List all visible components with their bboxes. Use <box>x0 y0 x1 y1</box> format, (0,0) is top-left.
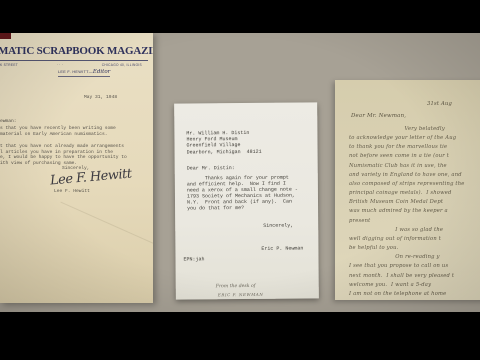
letter-line: material on Early American numismatics. <box>0 132 116 138</box>
video-frame: MATIC SCRAPBOOK MAGAZINE K STREET · · · … <box>0 0 480 360</box>
letter-line: next month. I shall be very pleased t <box>349 272 465 281</box>
letterhead-address: K STREET · · · CHICAGO 40, ILLINOIS <box>0 63 142 67</box>
letterhead-editor-name: LEE F. HEWITT <box>58 70 89 74</box>
letter-line: Very belatedly <box>349 125 465 134</box>
letter-line: I am not on the telephone at home <box>349 290 465 299</box>
letter-line: well digging out of information t <box>349 235 465 244</box>
newman-salutation: Dear Mr. Distin: <box>187 165 235 171</box>
letterhead-editor-underline <box>58 76 110 77</box>
letterhead-address-right: CHICAGO 40, ILLINOIS <box>102 63 142 67</box>
letter-line: British Museum Coin Medal Dept <box>349 198 465 207</box>
letterbox-top <box>0 0 480 33</box>
letter-line: Dearborn, Michigan 48121 <box>187 148 262 155</box>
letter-line: was much admired by the keeper a <box>349 207 465 216</box>
letter-line: not before seen come in a tie (our t <box>349 152 465 161</box>
letter-line: to thank you for the marvellous tie <box>349 143 465 152</box>
letter-newman: Mr. William H. DistinHenry Ford MuseumGr… <box>174 102 319 299</box>
letter-line: On re-reading y <box>349 253 465 262</box>
letter-line: t that you have not already made arrange… <box>0 144 127 150</box>
hewitt-signature-typed: Lee F. Hewitt <box>54 189 90 194</box>
letter-line: welcome you. I want a 5-day <box>349 281 465 290</box>
letter-line: I was so glad the <box>349 226 465 235</box>
letterhead-editor-line: LEE F. HEWITT—Editor <box>58 69 110 75</box>
newman-body: Thanks again for your promptand efficien… <box>187 175 298 213</box>
letterhead-editor-title: Editor <box>93 69 110 75</box>
letter-line: s that you have recently been writing so… <box>0 126 116 132</box>
newman-footer-desk-line: From the desk of <box>216 284 256 289</box>
letter-line: and variety in England to have one, and <box>349 171 465 180</box>
letter-line: also composed of strips representing the <box>349 180 465 189</box>
handwritten-date: 31st Aug <box>427 101 452 107</box>
newman-signature-typed: Eric P. Newman <box>261 246 303 252</box>
hewitt-salutation: ewman: <box>0 119 17 124</box>
handwritten-salutation: Dear Mr. Newman, <box>351 113 406 119</box>
letter-line: principal coinage metals). I showed <box>349 189 465 198</box>
letter-hewitt: MATIC SCRAPBOOK MAGAZINE K STREET · · · … <box>0 33 153 303</box>
letterhead-red-mark <box>0 33 11 39</box>
letterhead-rule <box>0 60 148 61</box>
hewitt-paragraph-2: t that you have not already made arrange… <box>0 144 127 166</box>
newman-footer-name: ERIC P. NEWMAN <box>218 292 264 297</box>
handwritten-body: Very belatedlyto acknowledge your letter… <box>349 125 465 299</box>
letterbox-bottom <box>0 312 480 360</box>
letter-line: to acknowledge your letter of the Aug <box>349 134 465 143</box>
hewitt-paragraph-1: s that you have recently been writing so… <box>0 126 116 137</box>
letter-line: you do that for me? <box>187 205 298 212</box>
letter-line: e, I would be happy to have the opportun… <box>0 155 127 161</box>
letter-line: Numismatic Club has it in use, the <box>349 162 465 171</box>
paper-crease <box>60 202 153 256</box>
letter-line: I see that you propose to call on us <box>349 262 465 271</box>
letterhead-address-left: K STREET <box>0 63 18 67</box>
letter-line: be helpful to you. <box>349 244 465 253</box>
letterhead-address-dots: · · · <box>57 63 63 67</box>
hewitt-date: May 31, 1948 <box>84 95 117 100</box>
newman-closing: Sincerely, <box>263 223 293 229</box>
letterhead-title: MATIC SCRAPBOOK MAGAZINE <box>0 45 153 57</box>
newman-recipient-block: Mr. William H. DistinHenry Ford MuseumGr… <box>186 130 261 155</box>
letter-handwritten: 31st Aug Dear Mr. Newman, Very belatedly… <box>335 80 480 300</box>
newman-reference-initials: EPN:jah <box>183 256 204 262</box>
letter-line: present <box>349 217 465 226</box>
photo-stage: MATIC SCRAPBOOK MAGAZINE K STREET · · · … <box>0 33 480 312</box>
